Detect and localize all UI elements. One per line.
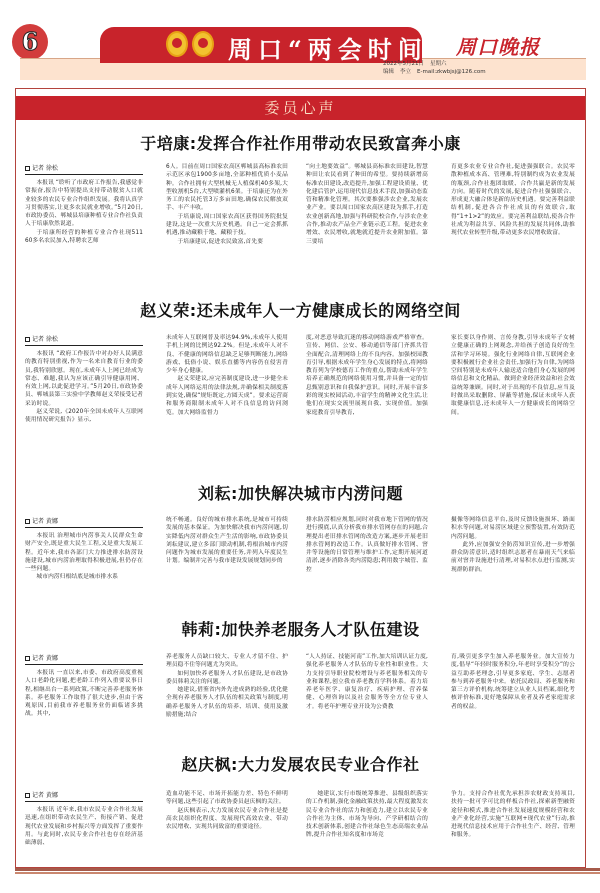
content-frame: 委员心声 于培康:发挥合作社作用带动农民致富奔小康 记者 徐松 本报讯 “聆听了… (15, 88, 586, 868)
article-byline: 记者 黄娜 (25, 653, 143, 665)
article-column-4: 争力。支持合作社优先承担涉农财政支持项目,扶持一批可学可比的样板合作社,探索新型… (451, 790, 575, 840)
section-title: 委员心声 (264, 99, 336, 117)
masthead: 6 周口“两会时间” 周口晚报 2022年5月21日星期六 编辑李立E-mail… (0, 0, 600, 80)
article-column-3: “人人持证、技能河南”工作,加大培训认证力度,强化养老服务人才队伍的专业性和职业… (306, 653, 428, 711)
article-column-4: 育,吸引更多学生加入养老服务业。加大宣传力度,倡导“年轻时服务积分,年老时享受积… (451, 653, 575, 711)
article-column-2: 未成年人互联网普及率达94.9%,未成年人使用手机上网的比例达92.2%。但是,… (166, 334, 288, 417)
article-headline[interactable]: 韩莉:加快养老服务人才队伍建设 (16, 617, 585, 640)
byline-box-icon (25, 166, 30, 171)
article-column-1: 本报讯 治理城市内涝事关人民群众生命财产安全,既是重大民生工程,又是重大发展工程… (25, 532, 143, 582)
article-byline: 记者 黄娜 (25, 790, 143, 802)
article-liu-yun: 刘耘:加快解决城市内涝问题 记者 黄娜 本报讯 治理城市内涝事关人民群众生命财产… (16, 481, 585, 616)
article-column-2: 造血功能不足、市场开拓能力差、特色不鲜明等问题,这些引起了市政协委员赵庆枫的关注… (166, 790, 288, 831)
article-column-2: 统不畅通。良好的城市排水系统,是城市可持续发展的基本保证。为加快解决我市内涝问题… (166, 516, 288, 566)
issue-meta: 2022年5月21日星期六 编辑李立E-mail:zkwbjsj@126.com (383, 60, 492, 76)
article-headline[interactable]: 刘耘:加快解决城市内涝问题 (16, 481, 585, 504)
article-column-1: 本报讯 近年来,我市农民专业合作社发展迅速,在组织带动农民生产、衔接产销、促进现… (25, 806, 143, 847)
article-headline[interactable]: 赵义荣:还未成年人一方健康成长的网络空间 (16, 298, 585, 321)
article-zhao-yirong: 赵义荣:还未成年人一方健康成长的网络空间 记者 徐松 本报讯 “政府工作报告中对… (16, 298, 585, 473)
article-byline: 记者 徐松 (25, 163, 143, 175)
article-column-4: 家长要以身作则、言传身教,引导未成年子女树立健康正确的上网观念,并给孩子创造良好… (451, 334, 575, 417)
byline-box-icon (25, 656, 30, 661)
frame-bottom-rule-light (15, 872, 600, 874)
title-banner: 周口“两会时间” (100, 27, 422, 63)
article-han-li: 韩莉:加快养老服务人才队伍建设 记者 黄娜 本报讯 一直以来,市委、市政府高度重… (16, 617, 585, 751)
section-header: 委员心声 (16, 96, 585, 120)
article-zhao-qingfeng: 赵庆枫:大力发展农民专业合作社 记者 黄娜 本报讯 近年来,我市农民专业合作社发… (16, 752, 585, 868)
article-column-2: 6人。目前在周口国家农高区郸城县高标准农田示范区承包1900多亩地,全部种植优质… (166, 163, 288, 246)
article-byline: 记者 黄娜 (25, 516, 143, 528)
byline-box-icon (25, 337, 30, 342)
article-column-3: 排水防涝相应规划,同时对我市地下管网的情况进行摸底,认真分析我市排水管网存在的问… (306, 516, 428, 574)
article-column-3: 度,对恶意导致沉迷的移动网络游戏严格审查。宣传、网信、公安、移动通信等部门齐抓共… (306, 334, 428, 417)
article-column-1: 本报讯 一直以来,市委、市政府高度重视人口老龄化问题,把老龄工作列入重要议事日程… (25, 669, 143, 719)
article-column-3: 她建议,实行市级统筹推进、县级组织落实的工作机制,强化金融政策扶持,最大程度激发… (306, 790, 428, 840)
article-column-2: 养老服务人员缺口较大、专业人才留不住、护理员稳不住等问题尤为突出。 如何加快养老… (166, 653, 288, 719)
issue-weekday: 星期六 (430, 61, 447, 67)
newspaper-logo: 周口晚报 (456, 31, 540, 60)
editor-email: E-mail:zkwbjsj@126.com (417, 69, 486, 75)
byline-box-icon (25, 519, 30, 524)
article-column-4: 摄像等网络信息平台,及时反馈设施损坏、路面积水等问题,对易涝区域建立预警装置,有… (451, 516, 575, 574)
article-column-4: 育更多农业专业合作社,促进强强联合。农民零散种植成本高、管理难,特别制约成为农业… (451, 163, 575, 238)
editor-name: 李立 (400, 69, 411, 75)
page-number: 6 (12, 27, 48, 56)
article-headline[interactable]: 赵庆枫:大力发展农民专业合作社 (16, 752, 585, 775)
article-column-3: “向土地要效益”。郸城县高标准农田建设,智慧种田让农民看到了种田的希望。要持续新… (306, 163, 428, 246)
national-emblem-icon (166, 31, 188, 57)
article-byline: 记者 徐松 (25, 334, 143, 346)
article-column-1: 本报讯 “聆听了市政府工作报告,我感觉非常振奋,报告中特别提出支持带动脱贫人口就… (25, 179, 143, 245)
editor-label: 编辑 (383, 69, 394, 75)
byline-box-icon (25, 793, 30, 798)
frame-bottom-rule (15, 868, 600, 871)
article-yu-peikang: 于培康:发挥合作社作用带动农民致富奔小康 记者 徐松 本报讯 “聆听了市政府工作… (16, 129, 585, 301)
issue-date: 2022年5月21日 (383, 61, 424, 67)
article-column-1: 本报讯 “政府工作报告中对办好人民满意的教育特别重视,作为一名来自教育行业的委员… (25, 350, 143, 425)
cppcc-emblem-icon (192, 31, 214, 57)
article-headline[interactable]: 于培康:发挥合作社作用带动农民致富奔小康 (16, 131, 585, 154)
